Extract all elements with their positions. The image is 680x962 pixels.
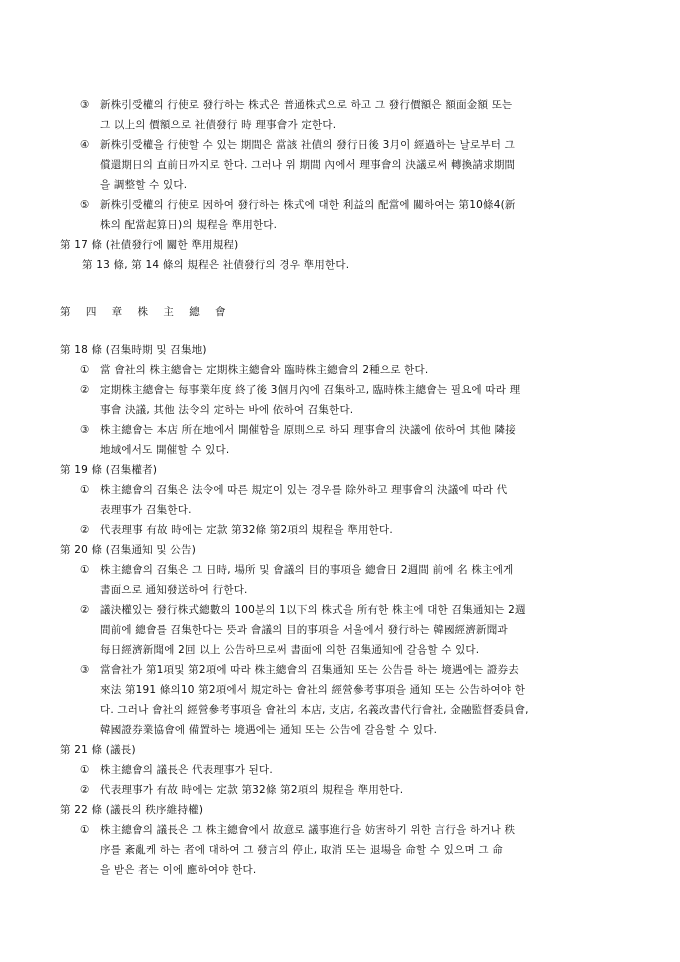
article-heading: 第 19 條 (召集權者) <box>60 461 157 480</box>
clause-number: ② <box>80 381 100 400</box>
clause-number: ① <box>80 361 100 380</box>
clause-item: ④新株引受權을 行使할 수 있는 期間은 當該 社債의 發行日後 3月이 經過하… <box>80 136 515 155</box>
clause-item: ②代表理事가 有故 時에는 定款 第32條 第2項의 規程을 準用한다. <box>80 781 403 800</box>
clause-continuation: 償還期日의 直前日까지로 한다. 그러나 위 期間 內에서 理事會의 決議로써 … <box>100 156 515 175</box>
clause-item: ①株主總會의 議長은 代表理事가 된다. <box>80 761 273 780</box>
article-heading: 第 17 條 (社債發行에 關한 準用規程) <box>60 236 238 255</box>
clause-text: 株主總會의 議長은 그 株主總會에서 故意로 議事進行을 妨害하기 위한 言行을… <box>100 824 515 836</box>
clause-continuation: 株의 配當起算日)의 規程을 準用한다. <box>100 216 277 235</box>
clause-item: ①株主總會의 召集은 그 日時, 場所 및 會議의 目的事項을 總會日 2週間 … <box>80 561 513 580</box>
document-page: ③新株引受權의 行使로 發行하는 株式은 普通株式으로 하고 그 發行價額은 額… <box>0 0 680 962</box>
clause-continuation: 書面으로 通知發送하여 行한다. <box>100 581 248 600</box>
clause-number: ① <box>80 761 100 780</box>
clause-continuation: 間前에 總會를 召集한다는 뜻과 會議의 目的事項을 서울에서 發行하는 韓國經… <box>100 621 508 640</box>
clause-text: 株主總會의 召集은 法令에 따른 規定이 있는 경우를 除外하고 理事會의 決議… <box>100 484 507 496</box>
clause-text: 代表理事가 有故 時에는 定款 第32條 第2項의 規程을 準用한다. <box>100 784 403 796</box>
clause-item: ②定期株主總會는 每事業年度 終了後 3個月內에 召集하고, 臨時株主總會는 필… <box>80 381 520 400</box>
clause-number: ① <box>80 561 100 580</box>
clause-item: ⑤新株引受權의 行使로 因하여 發行하는 株式에 대한 利益의 配當에 關하여는… <box>80 196 516 215</box>
clause-number: ⑤ <box>80 196 100 215</box>
clause-text: 株主總會의 召集은 그 日時, 場所 및 會議의 目的事項을 總會日 2週間 前… <box>100 564 513 576</box>
clause-item: ③當會社가 第1項및 第2項에 따라 株主總會의 召集通知 또는 公告를 하는 … <box>80 661 519 680</box>
clause-continuation: 을 받은 者는 이에 應하여야 한다. <box>100 861 256 880</box>
clause-text: 當 會社의 株主總會는 定期株主總會와 臨時株主總會의 2種으로 한다. <box>100 364 428 376</box>
clause-text: 代表理事 有故 時에는 定款 第32條 第2項의 規程을 準用한다. <box>100 524 393 536</box>
clause-text: 株主總會의 議長은 代表理事가 된다. <box>100 764 273 776</box>
clause-number: ③ <box>80 661 100 680</box>
clause-item: ①當 會社의 株主總會는 定期株主總會와 臨時株主總會의 2種으로 한다. <box>80 361 428 380</box>
article-heading: 第 20 條 (召集通知 및 公告) <box>60 541 196 560</box>
clause-continuation: 事會 決議, 其他 法令의 定하는 바에 依하여 召集한다. <box>100 401 353 420</box>
clause-number: ② <box>80 601 100 620</box>
clause-item: ②議決權있는 發行株式總數의 100분의 1以下의 株式을 所有한 株主에 대한… <box>80 601 526 620</box>
article-body: 第 13 條, 第 14 條의 規程은 社債發行의 경우 準用한다. <box>82 256 349 275</box>
clause-continuation: 每日經濟新聞에 2回 以上 公告하므로써 書面에 의한 召集通知에 갈음할 수 … <box>100 641 479 660</box>
clause-continuation: 序를 紊亂케 하는 者에 대하여 그 發言의 停止, 取消 또는 退場을 命할 … <box>100 841 503 860</box>
clause-item: ③新株引受權의 行使로 發行하는 株式은 普通株式으로 하고 그 發行價額은 額… <box>80 96 512 115</box>
clause-text: 株主總會는 本店 所在地에서 開催함을 原則으로 하되 理事會의 決議에 依하여… <box>100 424 516 436</box>
article-heading: 第 22 條 (議長의 秩序維持權) <box>60 801 203 820</box>
clause-number: ② <box>80 521 100 540</box>
clause-number: ① <box>80 821 100 840</box>
clause-continuation: 그 以上의 價額으로 社債發行 時 理事會가 定한다. <box>100 116 336 135</box>
clause-text: 當會社가 第1項및 第2項에 따라 株主總會의 召集通知 또는 公告를 하는 境… <box>100 664 519 676</box>
clause-continuation: 地域에서도 開催할 수 있다. <box>100 441 229 460</box>
clause-number: ④ <box>80 136 100 155</box>
clause-continuation: 韓國證券業協會에 備置하는 境遇에는 通知 또는 公告에 갈음할 수 있다. <box>100 721 437 740</box>
clause-continuation: 來法 第191 條의10 第2項에서 規定하는 會社의 經營參考事項을 通知 또… <box>100 681 525 700</box>
clause-text: 議決權있는 發行株式總數의 100분의 1以下의 株式을 所有한 株主에 대한 … <box>100 604 526 616</box>
clause-continuation: 表理事가 召集한다. <box>100 501 192 520</box>
clause-text: 定期株主總會는 每事業年度 終了後 3個月內에 召集하고, 臨時株主總會는 필요… <box>100 384 520 396</box>
chapter-heading: 第 四 章 株 主 總 會 <box>60 303 232 322</box>
clause-item: ③株主總會는 本店 所在地에서 開催함을 原則으로 하되 理事會의 決議에 依하… <box>80 421 516 440</box>
clause-number: ① <box>80 481 100 500</box>
clause-text: 新株引受權의 行使로 因하여 發行하는 株式에 대한 利益의 配當에 關하여는 … <box>100 199 516 211</box>
clause-item: ②代表理事 有故 時에는 定款 第32條 第2項의 規程을 準用한다. <box>80 521 393 540</box>
clause-number: ③ <box>80 96 100 115</box>
article-heading: 第 21 條 (議長) <box>60 741 136 760</box>
clause-item: ①株主總會의 議長은 그 株主總會에서 故意로 議事進行을 妨害하기 위한 言行… <box>80 821 515 840</box>
clause-text: 新株引受權의 行使로 發行하는 株式은 普通株式으로 하고 그 發行價額은 額面… <box>100 99 512 111</box>
clause-continuation: 다. 그러나 會社의 經營參考事項을 會社의 本店, 支店, 名義改書代行會社,… <box>100 701 529 720</box>
clause-number: ③ <box>80 421 100 440</box>
clause-number: ② <box>80 781 100 800</box>
clause-item: ①株主總會의 召集은 法令에 따른 規定이 있는 경우를 除外하고 理事會의 決… <box>80 481 507 500</box>
article-heading: 第 18 條 (召集時期 및 召集地) <box>60 341 207 360</box>
clause-continuation: 을 調整할 수 있다. <box>100 176 187 195</box>
clause-text: 新株引受權을 行使할 수 있는 期間은 當該 社債의 發行日後 3月이 經過하는… <box>100 139 515 151</box>
